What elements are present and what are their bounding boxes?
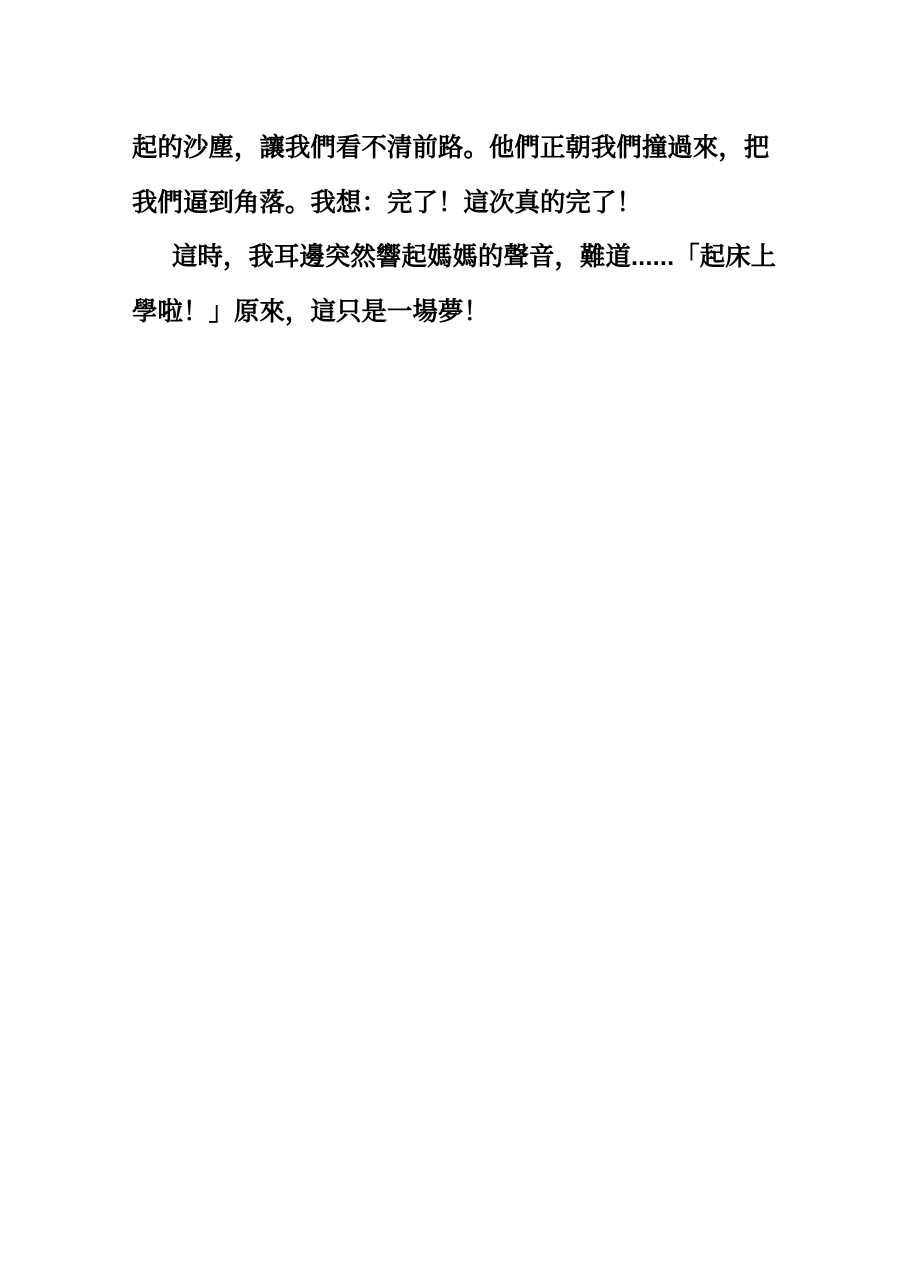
- paragraph2-line1: 這時，我耳邊突然響起媽媽的聲音，難道......「起床上: [132, 230, 792, 285]
- document-page: 起的沙塵，讓我們看不清前路。他們正朝我們撞過來，把 我們逼到角落。我想：完了！這…: [0, 0, 905, 1280]
- paragraph1-line1: 起的沙塵，讓我們看不清前路。他們正朝我們撞過來，把: [132, 121, 792, 176]
- paragraph1-line2: 我們逼到角落。我想：完了！這次真的完了！: [132, 176, 792, 231]
- essay-text-block: 起的沙塵，讓我們看不清前路。他們正朝我們撞過來，把 我們逼到角落。我想：完了！這…: [132, 121, 792, 340]
- paragraph2-line2: 學啦！」原來，這只是一場夢！: [132, 285, 792, 340]
